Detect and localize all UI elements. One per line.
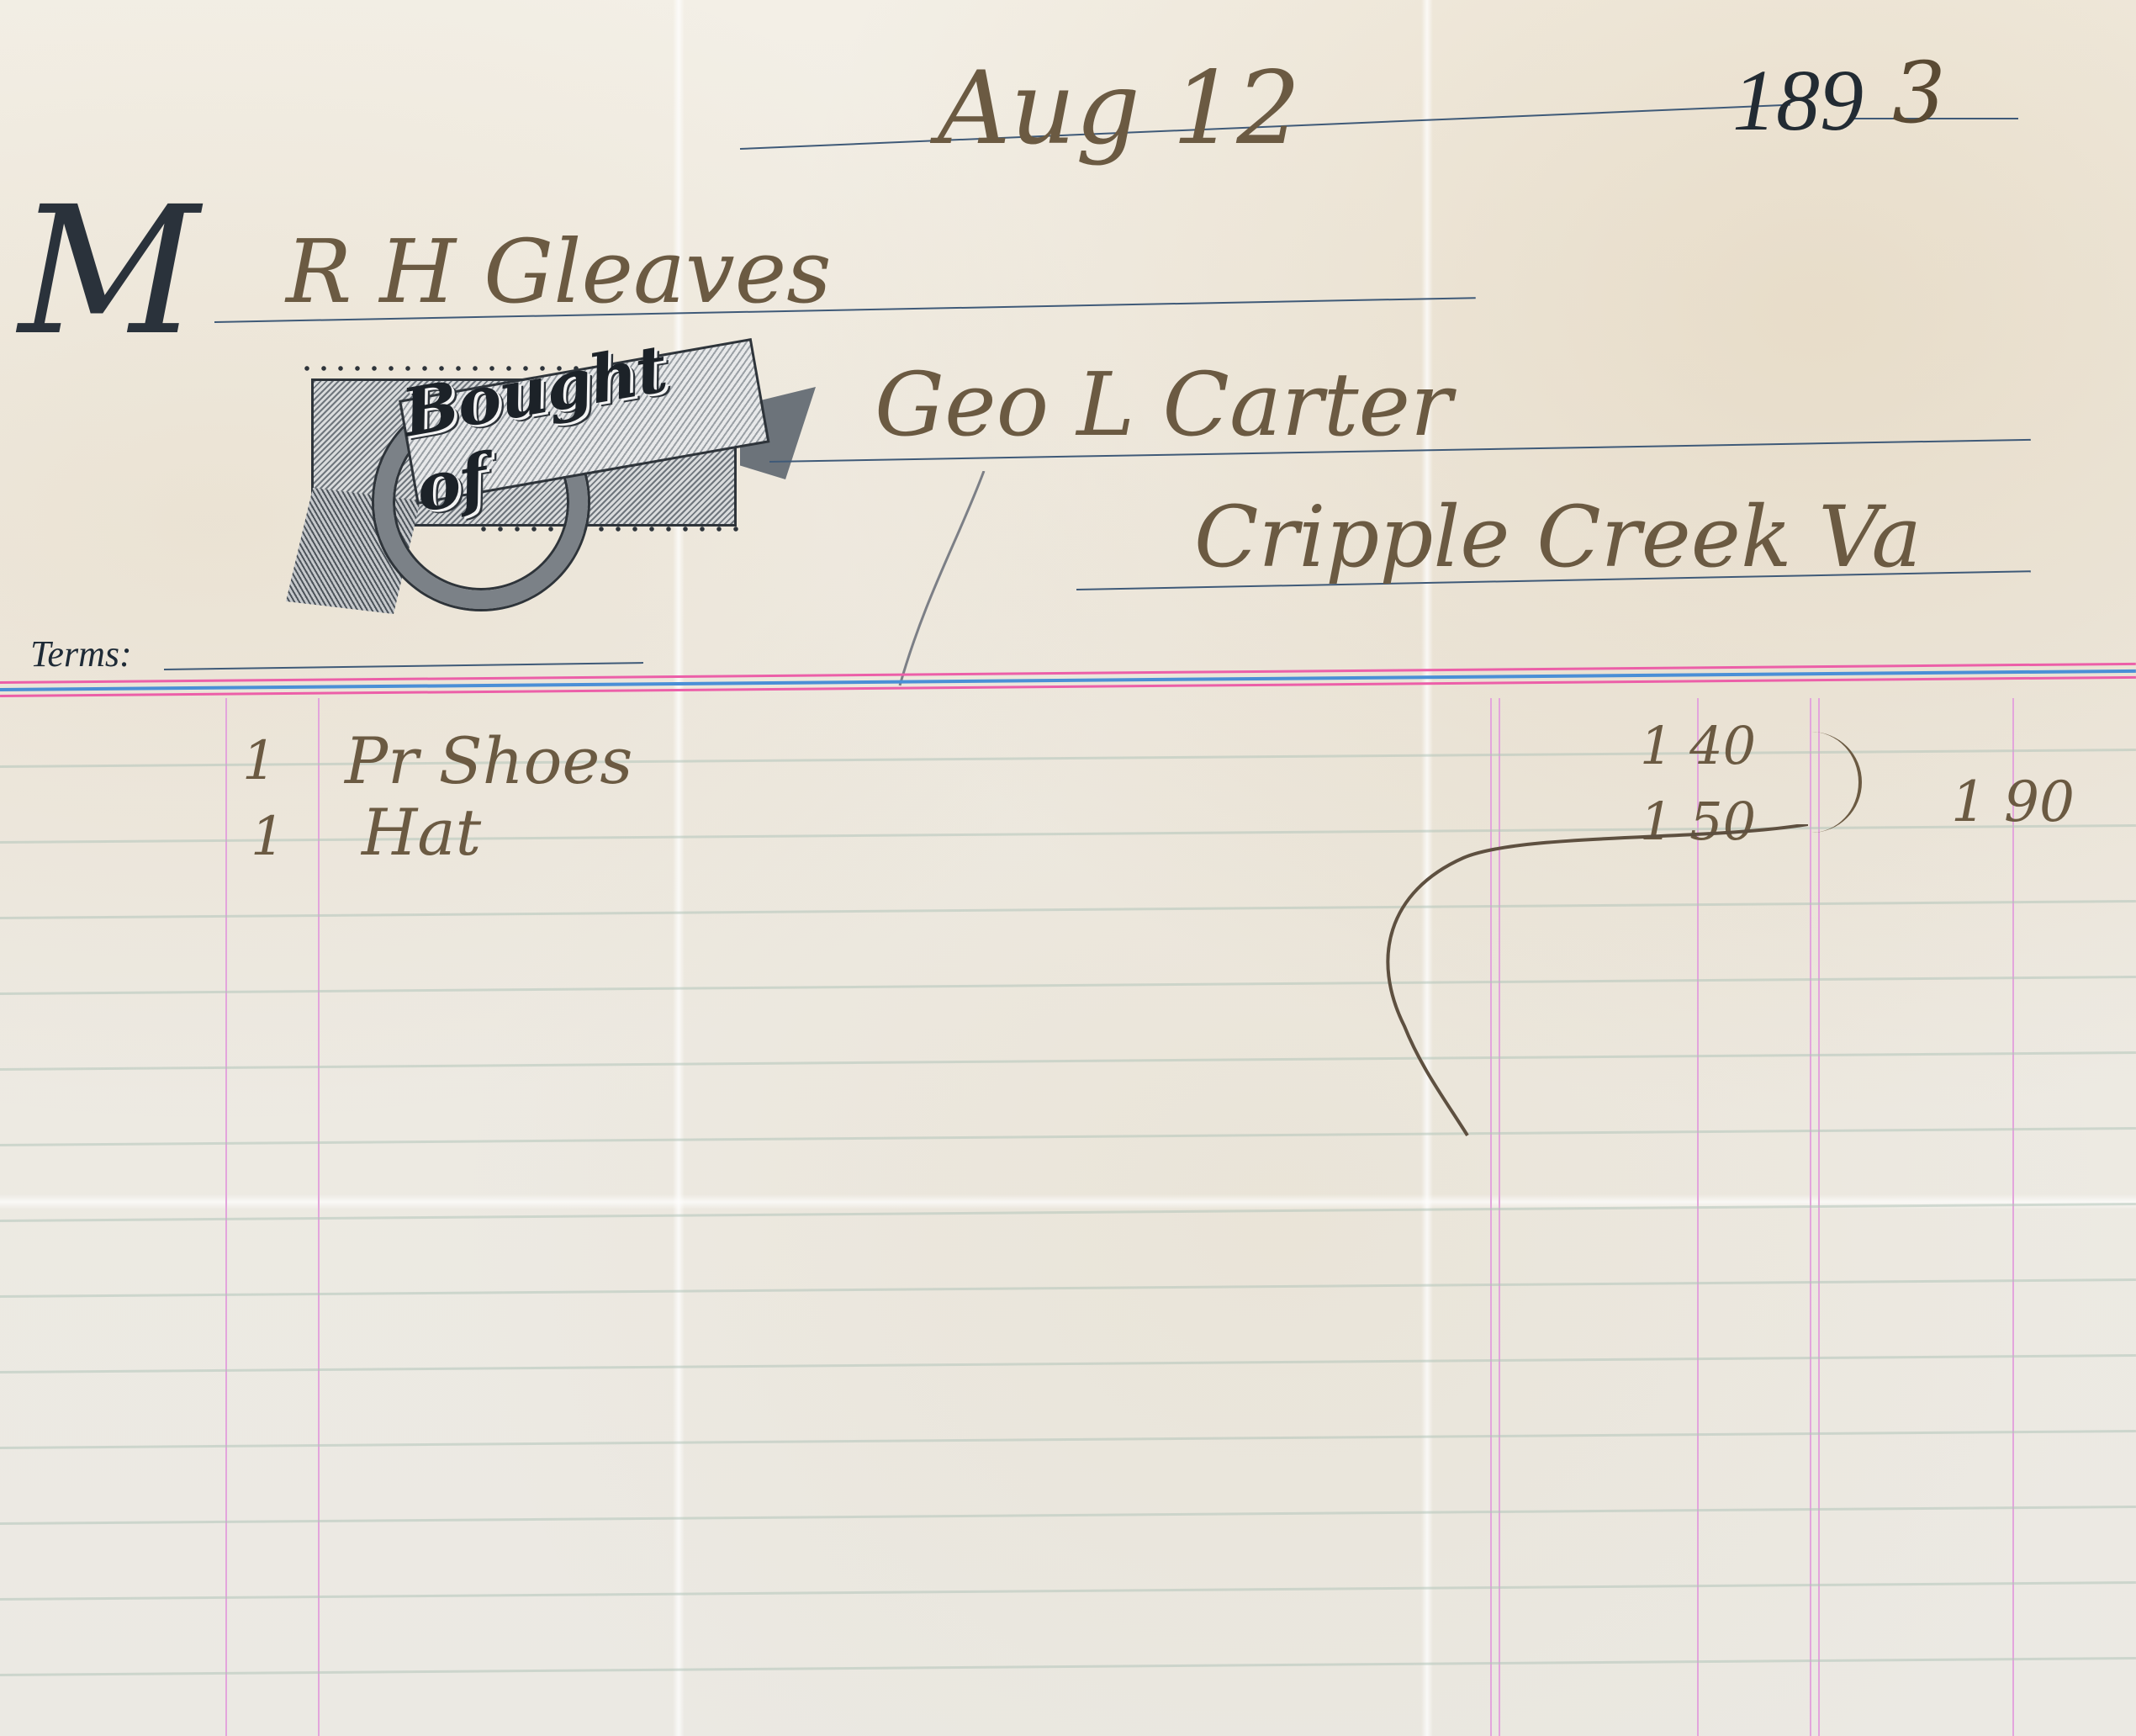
pencil-stroke-mark	[891, 471, 992, 690]
item-qty: 1	[251, 806, 285, 868]
seller-name: Geo L Carter	[875, 353, 1452, 456]
item-qty: 1	[242, 730, 277, 792]
recipient-name: R H Gleaves	[286, 220, 832, 323]
column-rule	[2012, 698, 2014, 1736]
pen-flourish-mark	[1354, 824, 1808, 1144]
column-rule	[1818, 698, 1820, 1736]
ledger-total: 1 90	[1951, 770, 2075, 834]
seller-location: Cripple Creek Va	[1194, 488, 1922, 586]
date-month-day: Aug 12	[938, 50, 1301, 167]
terms-label: Terms:	[30, 632, 132, 675]
printed-salutation-m: M	[19, 183, 199, 360]
item-description: Hat	[362, 795, 481, 870]
date-year-suffix: 3	[1892, 44, 1946, 142]
item-description: Pr Shoes	[345, 723, 632, 798]
printed-year-prefix: 189	[1732, 50, 1864, 151]
bought-of-engraving: Bought of	[282, 353, 803, 614]
item-amount: 1 40	[1640, 715, 1756, 776]
column-rule	[1810, 698, 1811, 1736]
